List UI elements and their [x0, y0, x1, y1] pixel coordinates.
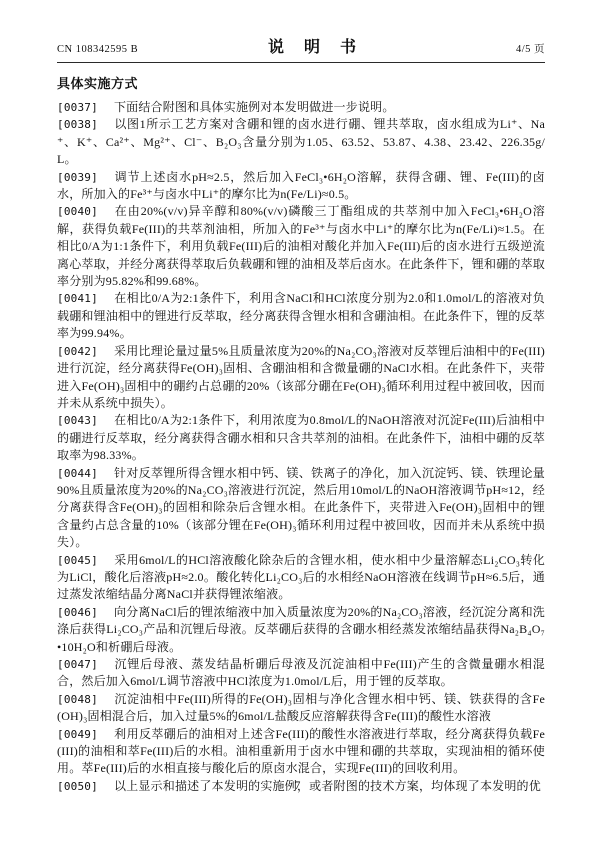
- paragraph-text: 在相比0/A为2:1条件下，利用含NaCl和HCl浓度分别为2.0和1.0mol…: [57, 291, 545, 340]
- paragraph: [0047]沉锂后母液、蒸发结晶析硼后母液及沉淀油相中Fe(III)产生的含微量…: [57, 656, 545, 691]
- paragraph-text: 调节上述卤水pH≈2.5，然后加入FeCl₃•6H₂O溶解，获得含硼、锂、Fe(…: [57, 170, 545, 201]
- paragraph-text: 下面结合附图和具体实施例对本发明做进一步说明。: [114, 100, 395, 114]
- paragraph-number: [0037]: [57, 101, 98, 114]
- paragraph-text: 利用反萃硼后的油相对上述含Fe(III)的酸性水溶液进行萃取，经分离获得负载Fe…: [57, 727, 545, 776]
- paragraph: [0046]向分离NaCl后的锂浓缩液中加入质量浓度为20%的Na₂CO₃溶液，…: [57, 604, 545, 656]
- paragraph-number: [0043]: [57, 414, 98, 427]
- paragraph-number: [0047]: [57, 658, 98, 671]
- paragraph: [0049]利用反萃硼后的油相对上述含Fe(III)的酸性水溶液进行萃取，经分离…: [57, 726, 545, 778]
- paragraph-number: [0048]: [57, 693, 98, 706]
- paragraph-number: [0049]: [57, 728, 98, 741]
- paragraph-text: 针对反萃锂所得含锂水相中钙、镁、铁离子的净化，加入沉淀钙、镁、铁理论量90%且质…: [57, 466, 545, 550]
- paragraph-text: 以图1所示工艺方案对含硼和锂的卤水进行硼、锂共萃取，卤水组成为Li⁺、Na⁺、K…: [57, 117, 545, 166]
- page-header: CN 108342595 B 说 明 书 4/5 页: [57, 34, 545, 63]
- paragraph-number: [0045]: [57, 554, 98, 567]
- paragraph: [0044]针对反萃锂所得含锂水相中钙、镁、铁离子的净化，加入沉淀钙、镁、铁理论…: [57, 465, 545, 552]
- page-number: 7: [295, 780, 301, 792]
- paragraph-text: 向分离NaCl后的锂浓缩液中加入质量浓度为20%的Na₂CO₃溶液，经沉淀分离和…: [57, 605, 545, 654]
- paragraph-number: [0044]: [57, 467, 98, 480]
- patent-specification-page: CN 108342595 B 说 明 书 4/5 页 具体实施方式 [0037]…: [0, 0, 595, 842]
- paragraph-number: [0041]: [57, 292, 98, 305]
- paragraph-text: 沉锂后母液、蒸发结晶析硼后母液及沉淀油相中Fe(III)产生的含微量硼水相混合，…: [57, 657, 545, 688]
- paragraph-number: [0039]: [57, 171, 98, 184]
- paragraph: [0037]下面结合附图和具体实施例对本发明做进一步说明。: [57, 99, 545, 116]
- paragraph-text: 在由20%(v/v)异辛醇和80%(v/v)磷酸三丁酯组成的共萃剂中加入FeCl…: [57, 204, 545, 288]
- page-footer: 7: [0, 780, 595, 792]
- paragraph-text: 采用6mol/L的HCl溶液酸化除杂后的含锂水相，使水相中少量溶解态Li₂CO₃…: [57, 553, 545, 602]
- paragraph-number: [0040]: [57, 205, 98, 218]
- page-indicator: 4/5 页: [516, 41, 545, 56]
- paragraph: [0038]以图1所示工艺方案对含硼和锂的卤水进行硼、锂共萃取，卤水组成为Li⁺…: [57, 116, 545, 168]
- paragraph-text: 沉淀油相中Fe(III)所得的Fe(OH)₃固相与净化含锂水相中钙、镁、铁获得的…: [57, 692, 545, 723]
- paragraph-list: [0037]下面结合附图和具体实施例对本发明做进一步说明。[0038]以图1所示…: [57, 99, 545, 795]
- paragraph: [0045]采用6mol/L的HCl溶液酸化除杂后的含锂水相，使水相中少量溶解态…: [57, 552, 545, 604]
- paragraph-number: [0038]: [57, 118, 98, 131]
- paragraph: [0043]在相比0/A为2:1条件下，利用浓度为0.8mol/L的NaOH溶液…: [57, 412, 545, 464]
- paragraph-number: [0046]: [57, 606, 98, 619]
- paragraph-number: [0042]: [57, 345, 98, 358]
- paragraph-text: 采用比理论量过量5%且质量浓度为20%的Na₂CO₃溶液对反萃锂后油相中的Fe(…: [57, 344, 545, 410]
- document-title: 说 明 书: [268, 34, 358, 57]
- paragraph: [0039]调节上述卤水pH≈2.5，然后加入FeCl₃•6H₂O溶解，获得含硼…: [57, 169, 545, 204]
- paragraph: [0040]在由20%(v/v)异辛醇和80%(v/v)磷酸三丁酯组成的共萃剂中…: [57, 203, 545, 290]
- paragraph: [0042]采用比理论量过量5%且质量浓度为20%的Na₂CO₃溶液对反萃锂后油…: [57, 343, 545, 413]
- document-number: CN 108342595 B: [57, 44, 138, 55]
- paragraph: [0041]在相比0/A为2:1条件下，利用含NaCl和HCl浓度分别为2.0和…: [57, 290, 545, 342]
- section-heading: 具体实施方式: [57, 73, 545, 92]
- paragraph: [0048]沉淀油相中Fe(III)所得的Fe(OH)₃固相与净化含锂水相中钙、…: [57, 691, 545, 726]
- paragraph-text: 在相比0/A为2:1条件下，利用浓度为0.8mol/L的NaOH溶液对沉淀Fe(…: [57, 413, 545, 462]
